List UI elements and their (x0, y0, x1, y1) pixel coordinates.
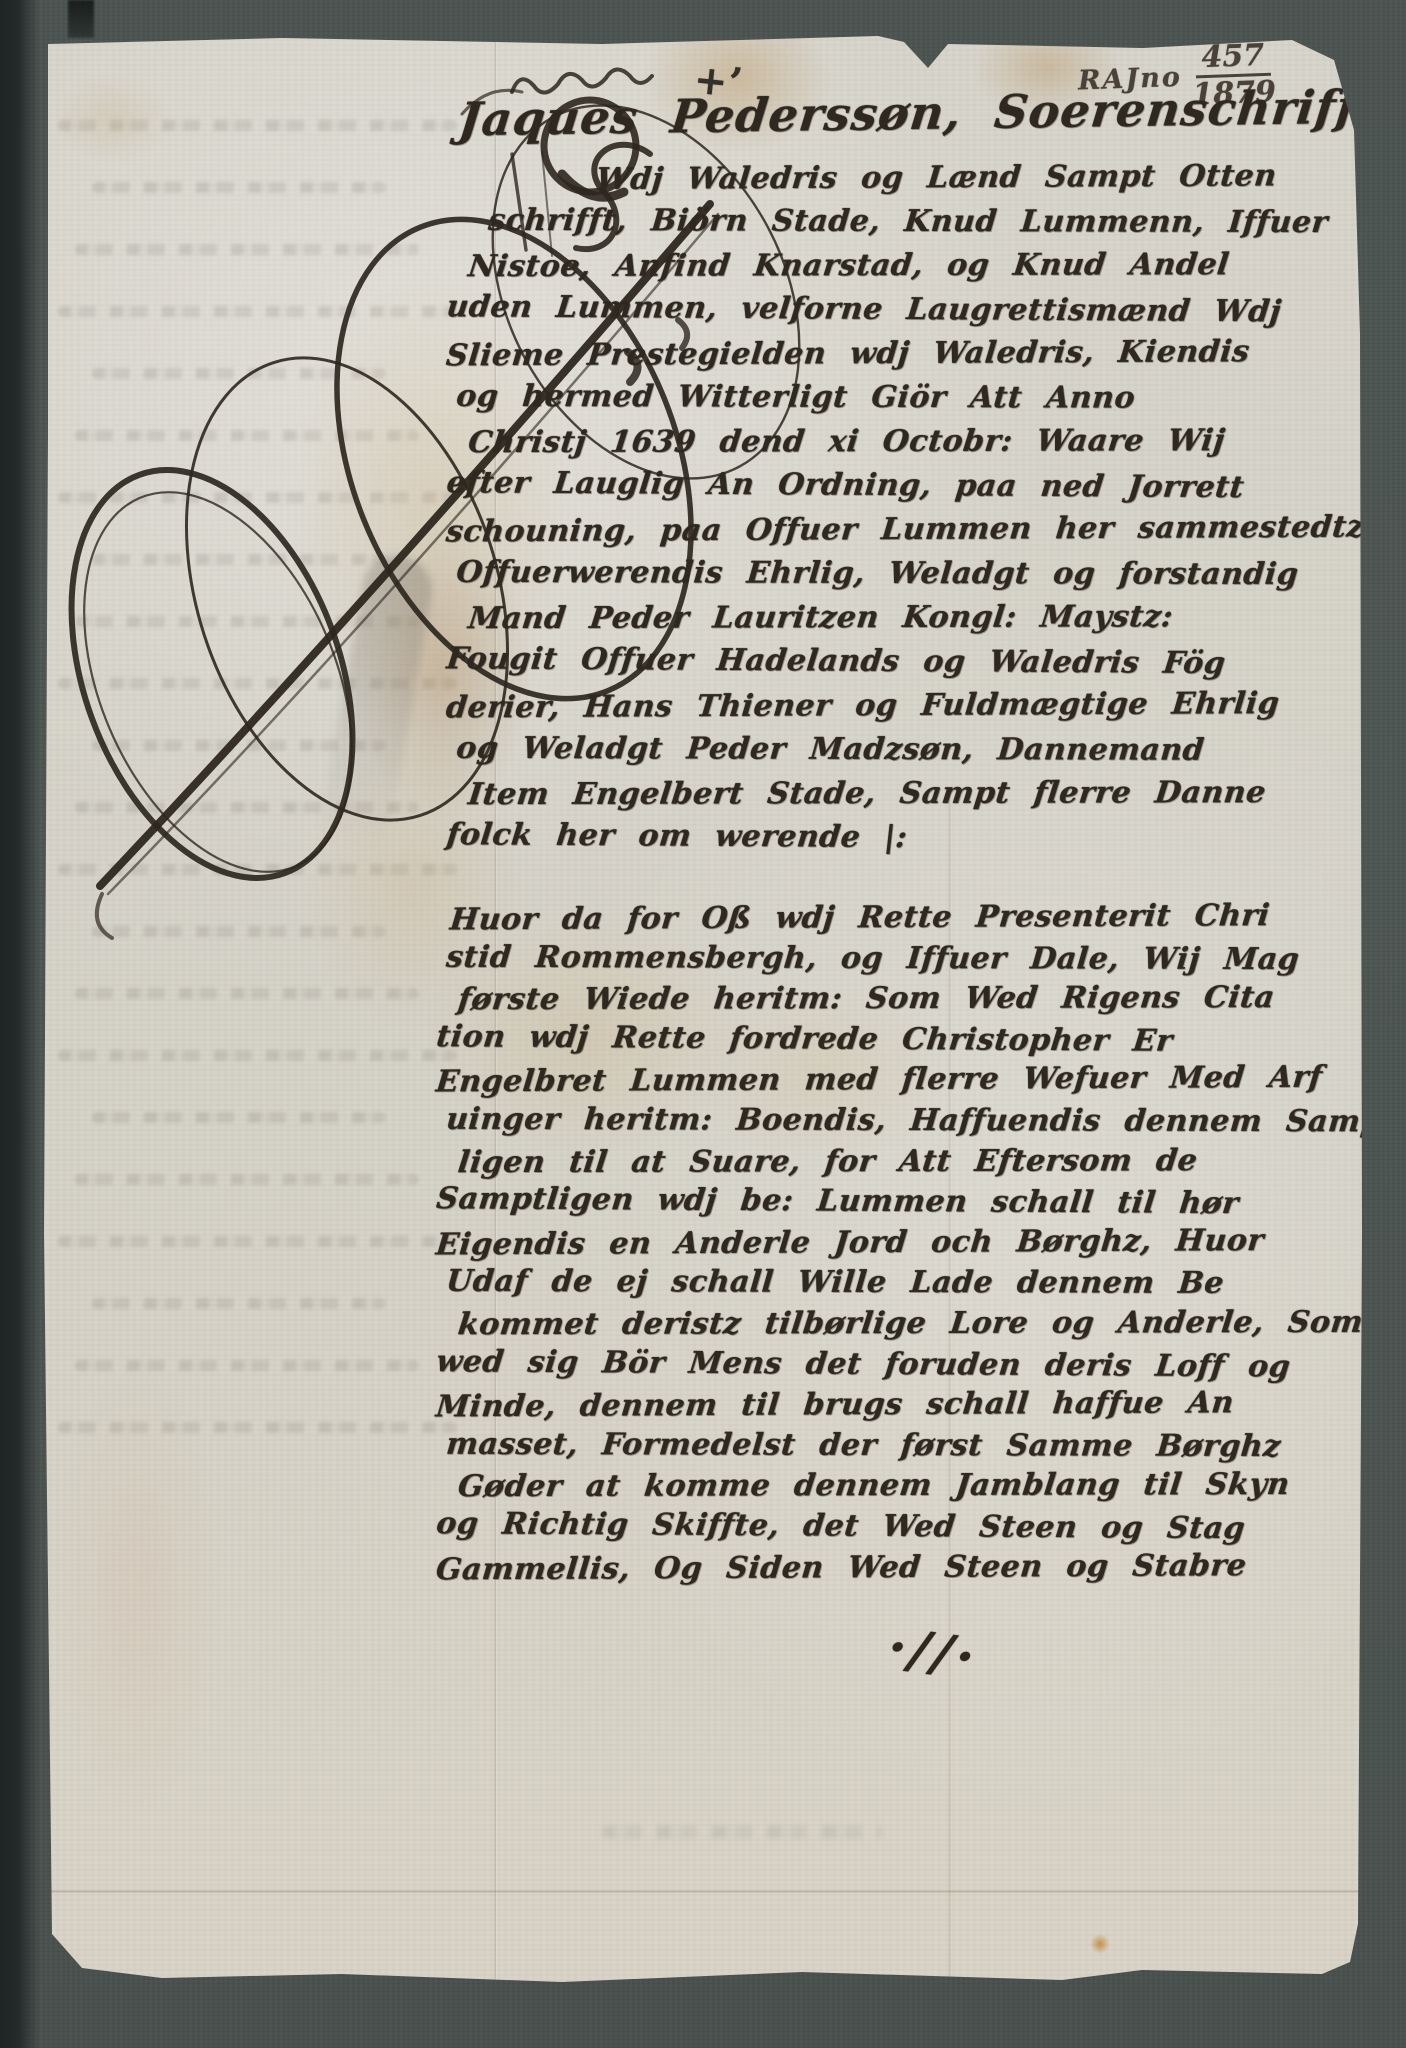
verso-bleedthrough (58, 120, 478, 1520)
manuscript-line: og hermed Witterligt Giör Att Anno (454, 379, 1360, 425)
verso-bleedthrough-bottom (602, 1826, 882, 1838)
manuscript-line: kommet deristz tilbørlige Lore og Anderl… (455, 1305, 1360, 1348)
manuscript-line: schrifft, Biörn Stade, Knud Lummenn, Iff… (486, 203, 1360, 249)
manuscript-line: ligen til at Suare, for Att Eftersom de (455, 1142, 1360, 1185)
manuscript-page: RAJno 457 1879 +ʼ Jaques Pederssøn, Soer… (42, 34, 1364, 1996)
manuscript-line: Christj 1639 dend xi Octobr: Waare Wij (465, 423, 1361, 469)
manuscript-line: Engelbret Lummen med flerre Wefuer Med A… (434, 1060, 1361, 1105)
manuscript-line: Item Engelbert Stade, Sampt flerre Danne (465, 775, 1361, 821)
manuscript-line: schouning, paa Offuer Lummen her sammest… (444, 510, 1361, 559)
manuscript-line: Wdj Waledris og Lænd Sampt Otten (594, 158, 1361, 206)
horizontal-fold-crease (42, 1890, 1364, 1893)
registry-numerator: 457 (1195, 41, 1271, 79)
manuscript-line: Samptligen wdj be: Lummen schall til hør (434, 1181, 1360, 1227)
manuscript-line: og Richtig Skiffte, det Wed Steen og Sta… (434, 1506, 1360, 1552)
manuscript-line: uinger heritm: Boendis, Haffuendis denne… (444, 1102, 1359, 1145)
manuscript-line: Minde, dennem til brugs schall haffue An (434, 1385, 1361, 1430)
background-dark-mark (68, 0, 94, 38)
manuscript-line: uden Lummen, velforne Laugrettismænd Wdj (444, 289, 1360, 339)
manuscript-line: Nistoe, Anfind Knarstad, og Knud Andel (465, 247, 1361, 293)
closing-slash-mark: ·//· (878, 1617, 989, 1688)
paper-stain (1090, 1934, 1110, 1954)
manuscript-line: Eigendis en Anderle Jord och Børghz, Huo… (434, 1222, 1361, 1267)
manuscript-line: Offuerwerendis Ehrlig, Weladgt og forsta… (454, 555, 1360, 601)
manuscript-line: Gammellis, Og Siden Wed Steen og Stabre (434, 1547, 1361, 1592)
manuscript-line: folck her om werende |: (444, 817, 1360, 867)
manuscript-line: Mand Peder Lauritzen Kongl: Maystz: (465, 599, 1361, 645)
manuscript-line: efter Lauglig An Ordning, paa ned Jorret… (444, 465, 1360, 515)
manuscript-line: wed sig Bör Mens det foruden deris Loff … (434, 1344, 1360, 1390)
background-shadow-strip (0, 0, 40, 2048)
manuscript-line: Fougit Offuer Hadelands og Waledris Fög (444, 641, 1360, 691)
archive-photo-background: RAJno 457 1879 +ʼ Jaques Pederssøn, Soer… (0, 0, 1406, 2048)
manuscript-line: tion wdj Rette fordrede Christopher Er (434, 1019, 1360, 1065)
manuscript-line: masset, Formedelst der først Samme Børgh… (444, 1427, 1359, 1470)
manuscript-line: Slieme Prestegielden wdj Waledris, Kiend… (444, 334, 1361, 383)
paragraph-2: Huor da for Oß wdj Rette Presenterit Chr… (436, 900, 1358, 1590)
manuscript-line: og Weladgt Peder Madzsøn, Dannemand (454, 731, 1360, 777)
paragraph-1: Wdj Waledris og Lænd Sampt Ottenschrifft… (446, 160, 1358, 864)
manuscript-line: derier, Hans Thiener og Fuldmægtige Ehrl… (444, 686, 1361, 735)
manuscript-line: Udaf de ej schall Wille Lade dennem Be (444, 1264, 1359, 1307)
manuscript-line: Huor da for Oß wdj Rette Presenterit Chr… (448, 898, 1361, 943)
manuscript-line: stid Rommensbergh, og Iffuer Dale, Wij M… (444, 939, 1359, 982)
document-heading: Jaques Pederssøn, Soerenschriffuer (456, 80, 1363, 147)
manuscript-line: Gøder at komme dennem Jamblang til Skyn (455, 1467, 1360, 1510)
manuscript-line: første Wiede heritm: Som Wed Rigens Cita (455, 980, 1360, 1023)
